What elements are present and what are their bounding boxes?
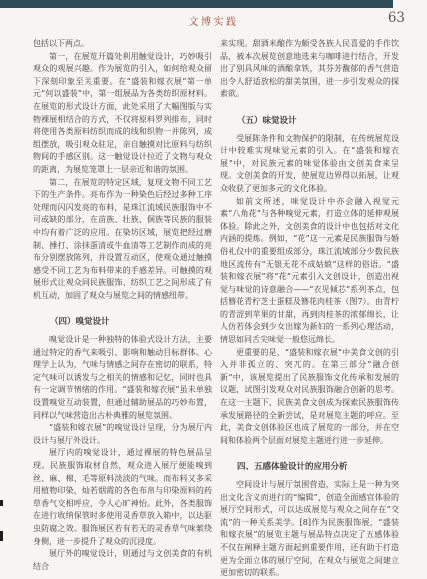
body-paragraph: 来实现。甜酒米酿作为颇受各族人民喜爱的手作饮品，被本次展览创意地选来与咖啡进行结… [220, 38, 399, 101]
body-paragraph: 空间设计与展厅氛围营造，实际上是一种为突出文化含义而进行的“编辑”，创造全面感官… [220, 479, 399, 579]
body-paragraph: 如前文所述，味觉设计中亦会融入视觉元素“八角花”与各种嗅觉元素，打造立体的延伸观… [220, 196, 399, 347]
body-paragraph: 展厅内的嗅觉设计，通过裸展的特色展品呈现。民族服饰取材自然，观众进入展厅便能嗅到… [33, 447, 212, 548]
page-number: 63 [388, 10, 405, 26]
page-header-title: 文博实践 [0, 13, 427, 28]
journal-page: 文博实践 63 包括以下两点。第一，在展览开篇处利用触觉设计，巧妙吸引观众的观展… [0, 0, 427, 579]
body-paragraph: “盛装和嫁衣展”的嗅觉设计呈现，分为展厅内设计与展厅外设计。 [33, 422, 212, 447]
section-heading: （四）嗅觉设计 [33, 316, 212, 329]
section-heading: 四、五感体验设计的应用分析 [220, 461, 399, 474]
scan-mark [0, 500, 3, 506]
body-paragraph: 受展陈条件和文物保护的限制，在传统展览设计中较难实现味觉元素的引入。在“盛装和嫁… [220, 133, 399, 196]
section-heading: （五）味觉设计 [220, 115, 399, 128]
body-paragraph: 更重要的是，“盛装和嫁衣展”中美食文创的引入并非孤立的、突兀的。在第三部分“融合… [220, 347, 399, 448]
article-body: 包括以下两点。第一，在展览开篇处利用触觉设计，巧妙吸引观众的观展兴趣。作为展览的… [33, 38, 399, 579]
left-column: 包括以下两点。第一，在展览开篇处利用触觉设计，巧妙吸引观众的观展兴趣。作为展览的… [33, 38, 212, 579]
body-paragraph: 嗅觉设计是一种独特的体验式设计方法，主要通过特定的香气来吸引、影响和触动目标群体… [33, 334, 212, 422]
body-paragraph: 第一，在展览开篇处利用触觉设计，巧妙吸引观众的观展兴趣。作为展览的引入，如何给观… [33, 51, 212, 177]
body-paragraph: 第二，在展览的特定区域，复现文物不同工艺下的生产条件。亮布作为一种染色后经过多种… [33, 177, 212, 303]
scan-mark [0, 531, 3, 541]
right-column: 来实现。甜酒米酿作为颇受各族人民喜爱的手作饮品，被本次展览创意地选来与咖啡进行结… [220, 38, 399, 579]
header-rule-bar [0, 0, 393, 8]
body-paragraph: 包括以下两点。 [33, 38, 212, 51]
body-paragraph: 展厅外的嗅觉设计，则通过与文创美食的有机结合 [33, 548, 212, 573]
